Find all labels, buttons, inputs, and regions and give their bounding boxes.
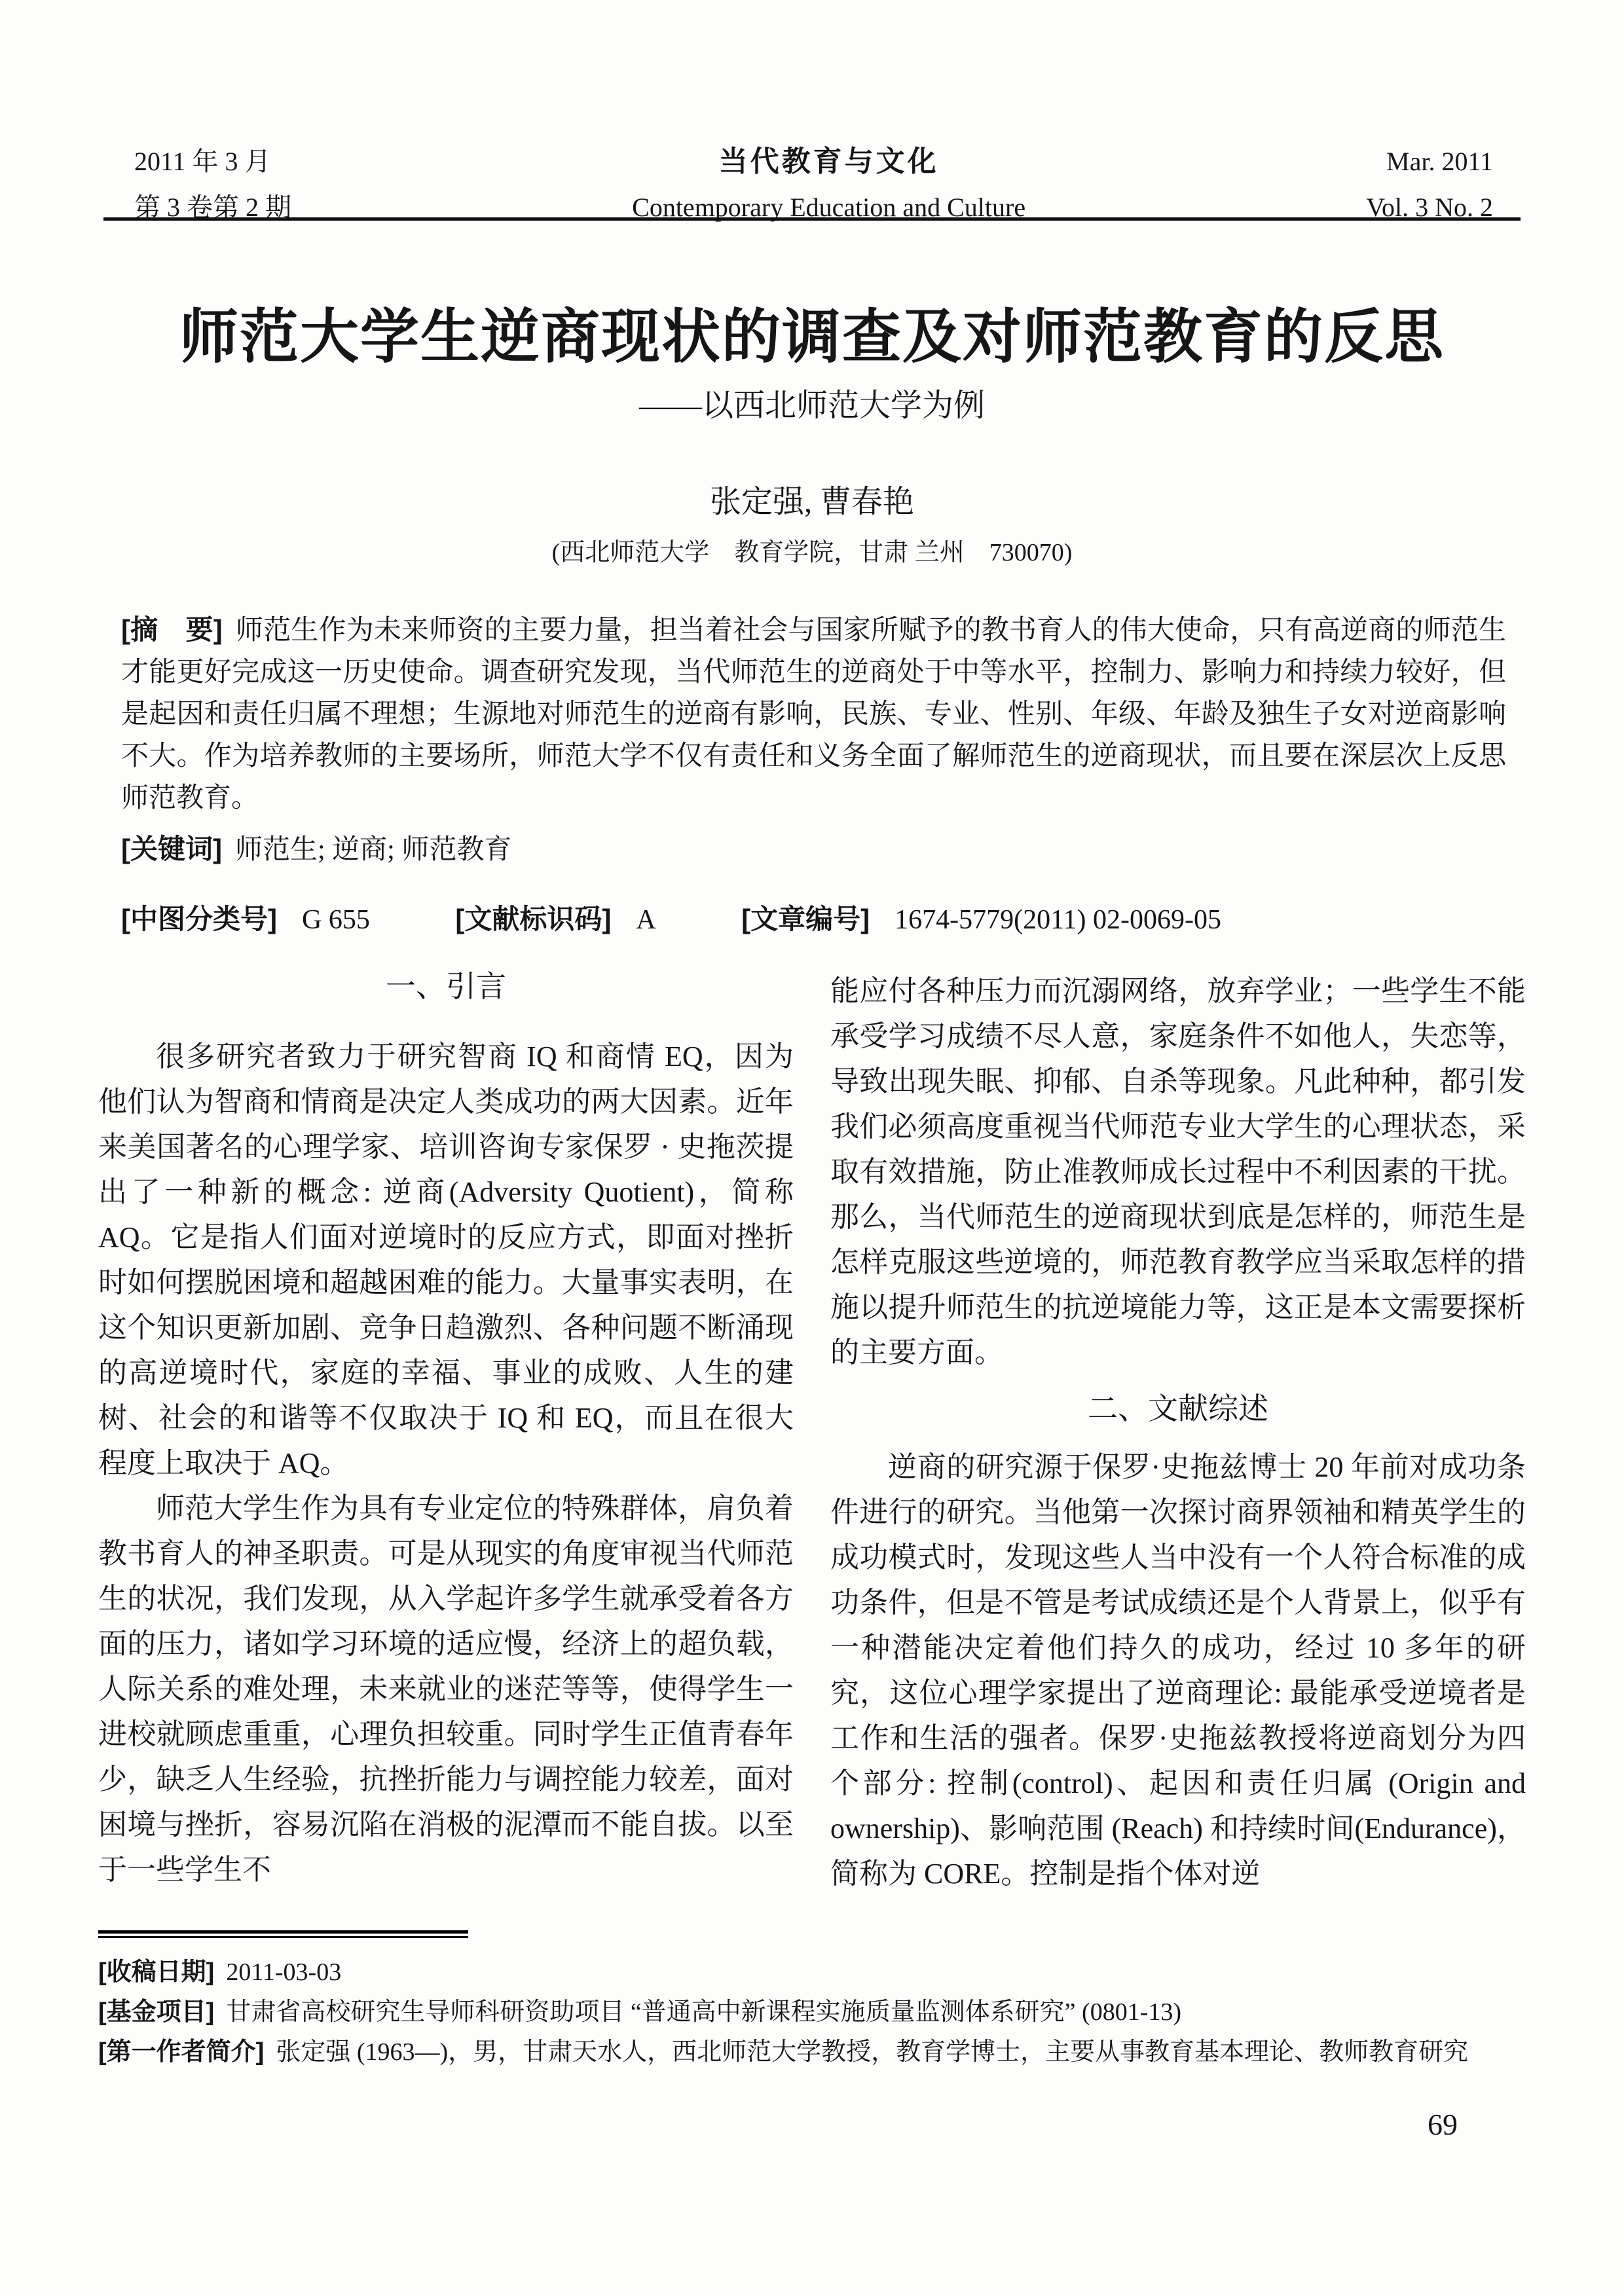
footnote-received-date: [收稿日期] 2011-03-03 [98, 1955, 1549, 1991]
journal-vol-en: Vol. 3 No. 2 [1366, 185, 1493, 230]
header-issue-info: 2011 年 3 月 第 3 卷第 2 期 [134, 139, 291, 230]
section-heading-literature-review: 二、文献综述 [830, 1388, 1526, 1430]
article-authors: 张定强, 曹春艳 [0, 485, 1624, 520]
journal-name-cn: 当代教育与文化 [632, 139, 1025, 185]
doc-code-segment: [文献标识码]A [455, 905, 655, 935]
journal-date-cn: 2011 年 3 月 [134, 139, 291, 185]
intro-paragraph-1: 很多研究者致力于研究智商 IQ 和商情 EQ，因为他们认为智商和情商是决定人类成… [98, 1034, 794, 1486]
footnote-rule [98, 1930, 468, 1938]
footnotes-block: [收稿日期] 2011-03-03 [基金项目] 甘肃省高校研究生导师科研资助项… [98, 1955, 1549, 2074]
journal-name-en: Contemporary Education and Culture [632, 185, 1025, 230]
article-meta: [摘 要]师范生作为未来师资的主要力量，担当着社会与国家所赋予的教书育人的伟大使… [121, 609, 1506, 968]
article-id-segment: [文章编号]1674-5779(2011) 02-0069-05 [741, 905, 1221, 935]
section-heading-introduction: 一、引言 [98, 966, 794, 1008]
journal-date-en: Mar. 2011 [1366, 139, 1493, 185]
author-bio-label: [第一作者简介] [98, 2034, 264, 2070]
clc-value: G 655 [302, 905, 370, 935]
doc-code-label: [文献标识码] [455, 904, 611, 934]
header-journal-name: 当代教育与文化 Contemporary Education and Cultu… [632, 139, 1025, 230]
footnote-author-bio: [第一作者简介] 张定强 (1963—)，男，甘肃天水人，西北师范大学教授，教育… [98, 2034, 1549, 2070]
received-date-label: [收稿日期] [98, 1955, 214, 1991]
literature-paragraph-1: 逆商的研究源于保罗·史拖兹博士 20 年前对成功条件进行的研究。当他第一次探讨商… [830, 1444, 1526, 1896]
keywords-text: 师范生; 逆商; 师范教育 [235, 835, 511, 865]
page-header: 2011 年 3 月 第 3 卷第 2 期 当代教育与文化 Contempora… [134, 139, 1493, 230]
fund-project-label: [基金项目] [98, 1994, 214, 2030]
article-subtitle: ——以西北师范大学为例 [0, 388, 1624, 424]
header-rule [103, 217, 1521, 221]
clc-label: [中图分类号] [121, 904, 277, 934]
body-right-column: 能应付各种压力而沉溺网络，放弃学业；一些学生不能承受学习成绩不尽人意，家庭条件不… [830, 968, 1526, 1896]
fund-project-value: 甘肃省高校研究生导师科研资助项目 “普通高中新课程实施质量监测体系研究” (08… [226, 1994, 1549, 2030]
body-left-column: 一、引言 很多研究者致力于研究智商 IQ 和商情 EQ，因为他们认为智商和情商是… [98, 966, 794, 1892]
author-bio-value: 张定强 (1963—)，男，甘肃天水人，西北师范大学教授，教育学博士，主要从事教… [276, 2034, 1549, 2070]
article-affiliation: (西北师范大学 教育学院，甘肃 兰州 730070) [0, 538, 1624, 567]
clc-segment: [中图分类号]G 655 [121, 905, 370, 935]
abstract-text: 师范生作为未来师资的主要力量，担当着社会与国家所赋予的教书育人的伟大使命，只有高… [121, 615, 1506, 813]
doc-code-value: A [636, 905, 655, 935]
journal-issue-cn: 第 3 卷第 2 期 [134, 185, 291, 230]
received-date-value: 2011-03-03 [226, 1955, 1549, 1991]
intro-paragraph-2: 师范大学生作为具有专业定位的特殊群体，肩负着教书育人的神圣职责。可是从现实的角度… [98, 1486, 794, 1892]
abstract-label: [摘 要] [121, 614, 223, 645]
page-number: 69 [1428, 2107, 1458, 2142]
keywords-line: [关键词]师范生; 逆商; 师范教育 [121, 828, 1506, 871]
journal-page: 2011 年 3 月 第 3 卷第 2 期 当代教育与文化 Contempora… [0, 0, 1624, 2295]
abstract-paragraph: [摘 要]师范生作为未来师资的主要力量，担当着社会与国家所赋予的教书育人的伟大使… [121, 609, 1506, 819]
article-id-value: 1674-5779(2011) 02-0069-05 [895, 905, 1221, 935]
header-volume-info: Mar. 2011 Vol. 3 No. 2 [1366, 139, 1493, 230]
article-title: 师范大学生逆商现状的调查及对师范教育的反思 [52, 306, 1572, 369]
intro-paragraph-2-continued: 能应付各种压力而沉溺网络，放弃学业；一些学生不能承受学习成绩不尽人意，家庭条件不… [830, 968, 1526, 1375]
footnote-fund-project: [基金项目] 甘肃省高校研究生导师科研资助项目 “普通高中新课程实施质量监测体系… [98, 1994, 1549, 2030]
article-id-label: [文章编号] [741, 904, 870, 934]
keywords-label: [关键词] [121, 834, 222, 864]
classification-line: [中图分类号]G 655 [文献标识码]A [文章编号]1674-5779(20… [121, 898, 1506, 941]
